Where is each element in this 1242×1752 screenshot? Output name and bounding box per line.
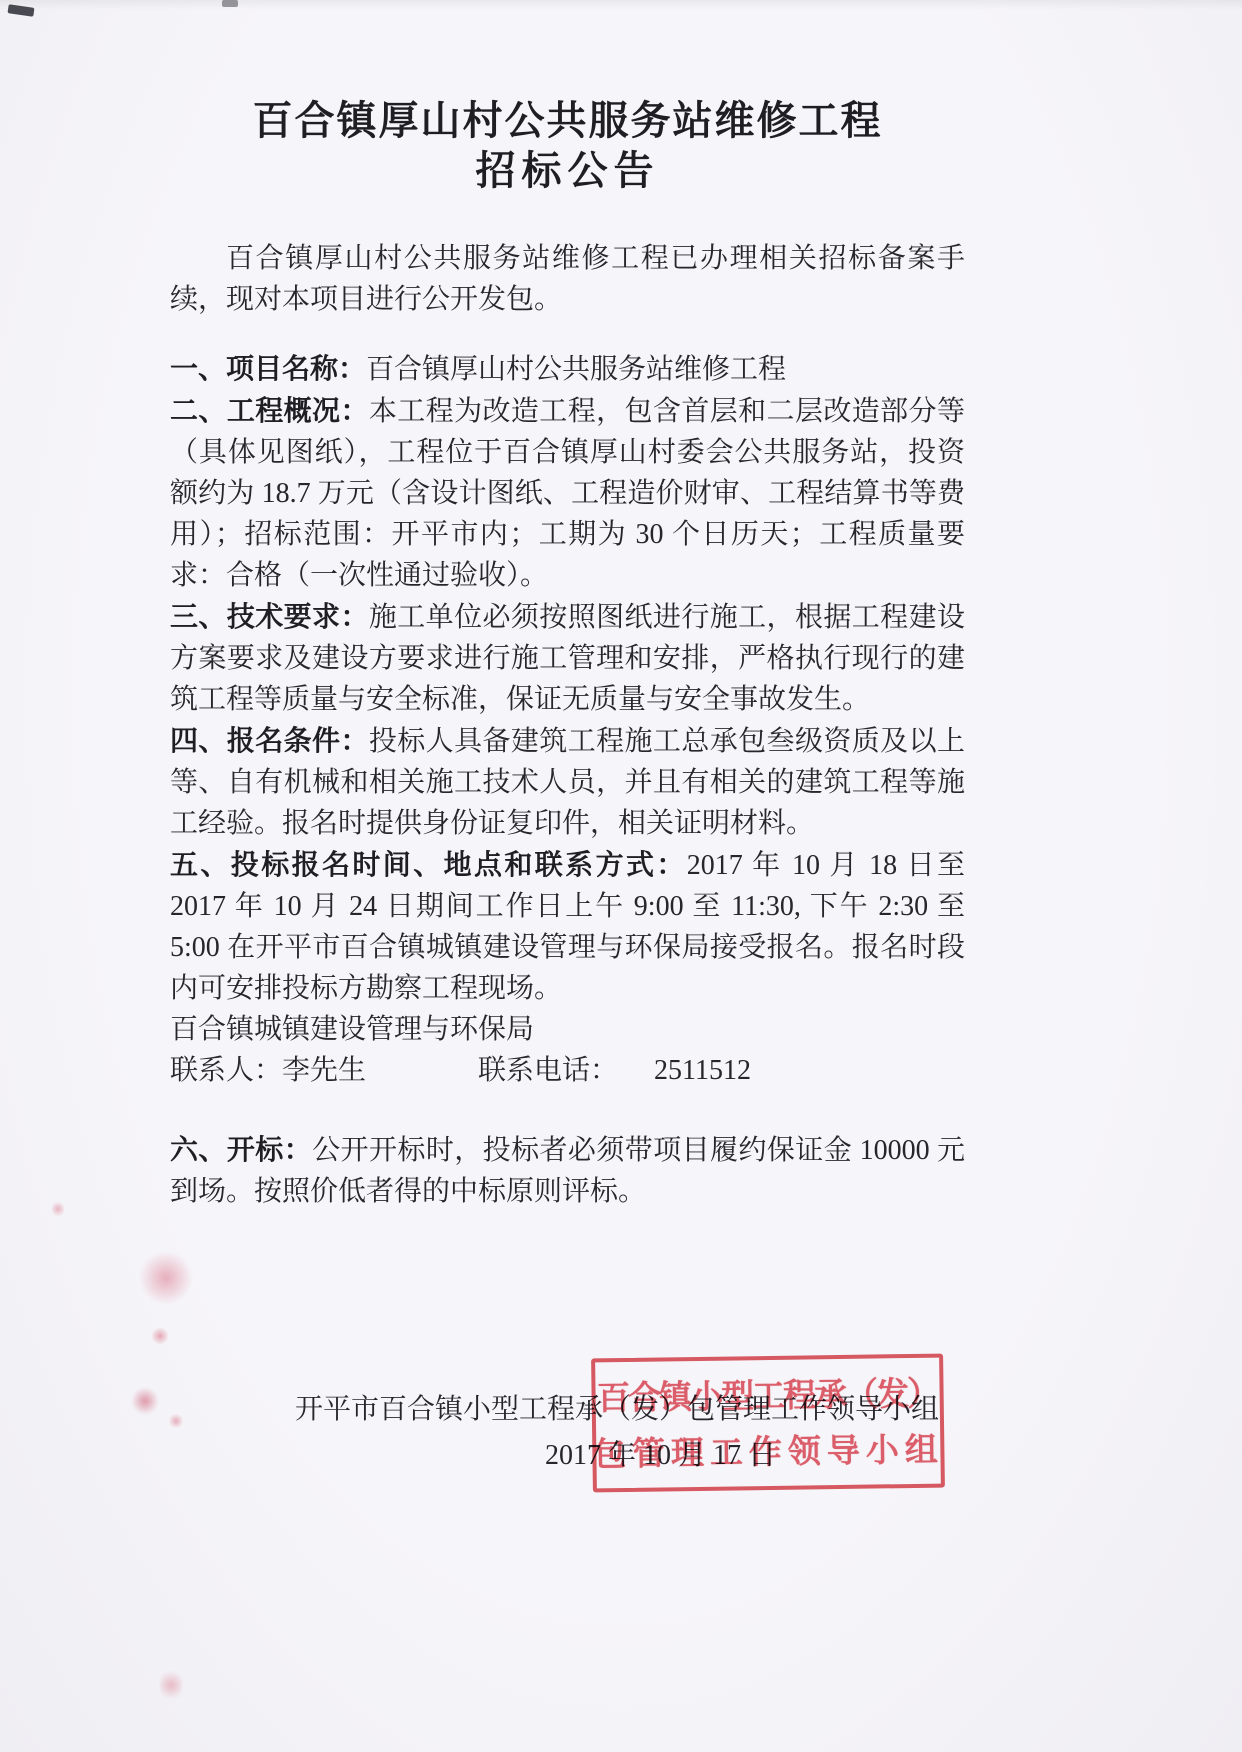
scan-artifact-dark-dash [222, 0, 238, 7]
contact-info-line: 联系人：李先生联系电话：2511512 [170, 1050, 965, 1091]
section-label-1: 一、项目名称： [170, 353, 366, 384]
scan-artifact-ink-smudge [168, 1414, 184, 1428]
section-paragraph-2: 二、工程概况：本工程为改造工程，包含首层和二层改造部分等（具体见图纸），工程位于… [170, 390, 965, 596]
section-label-3: 三、技术要求： [170, 601, 369, 632]
intro-paragraph: 百合镇厚山村公共服务站维修工程已办理相关招标备案手续，现对本项目进行公开发包。 [170, 238, 965, 320]
section-paragraph-6: 六、开标：公开开标时，投标者必须带项目履约保证金 10000 元到场。按照价低者… [170, 1129, 965, 1212]
scan-artifact-ink-smudge [132, 1386, 158, 1416]
contact-phone-label: 联系电话： [478, 1055, 618, 1086]
section-list: 一、项目名称：百合镇厚山村公共服务站维修工程 二、工程概况：本工程为改造工程，包… [170, 348, 965, 1212]
scan-artifact-ink-smudge [52, 1200, 64, 1218]
contact-person-name: 李先生 [282, 1055, 366, 1086]
section-paragraph-1: 一、项目名称：百合镇厚山村公共服务站维修工程 [170, 348, 965, 390]
scan-artifact-dark-dash [8, 4, 35, 17]
section-label-5: 五、投标报名时间、地点和联系方式： [170, 849, 687, 880]
scan-artifact-ink-smudge [150, 1328, 170, 1344]
section-label-2: 二、工程概况： [170, 395, 369, 426]
document-body: 百合镇厚山村公共服务站维修工程 招标公告 百合镇厚山村公共服务站维修工程已办理相… [170, 96, 965, 1212]
section-paragraph-5: 五、投标报名时间、地点和联系方式：2017 年 10 月 18 日至 2017 … [170, 844, 965, 1009]
section-paragraph-3: 三、技术要求：施工单位必须按照图纸进行施工，根据工程建设方案要求及建设方要求进行… [170, 596, 965, 720]
stamp-text-line-2: 包管理工作领导小组 [593, 1423, 945, 1482]
official-red-stamp: 百合镇小型工程承（发） 包管理工作领导小组 [591, 1354, 945, 1493]
scanned-document-page: 百合镇厚山村公共服务站维修工程 招标公告 百合镇厚山村公共服务站维修工程已办理相… [0, 0, 1242, 1752]
scan-artifact-ink-smudge [138, 1252, 194, 1304]
contact-bureau-line: 百合镇城镇建设管理与环保局 [170, 1009, 965, 1050]
stamp-text-line-1: 百合镇小型工程承（发） [597, 1365, 939, 1428]
contact-person-label: 联系人： [170, 1055, 282, 1086]
document-title: 百合镇厚山村公共服务站维修工程 招标公告 [170, 96, 965, 196]
section-label-4: 四、报名条件： [170, 725, 369, 756]
section-paragraph-4: 四、报名条件：投标人具备建筑工程施工总承包叁级资质及以上等、自有机械和相关施工技… [170, 720, 965, 844]
section-label-6: 六、开标： [170, 1134, 312, 1165]
contact-phone-number: 2511512 [654, 1055, 751, 1086]
title-line-2: 招标公告 [476, 149, 660, 193]
scan-artifact-ink-smudge [160, 1668, 182, 1702]
title-line-1: 百合镇厚山村公共服务站维修工程 [253, 99, 883, 143]
section-text-1: 百合镇厚山村公共服务站维修工程 [366, 354, 786, 385]
